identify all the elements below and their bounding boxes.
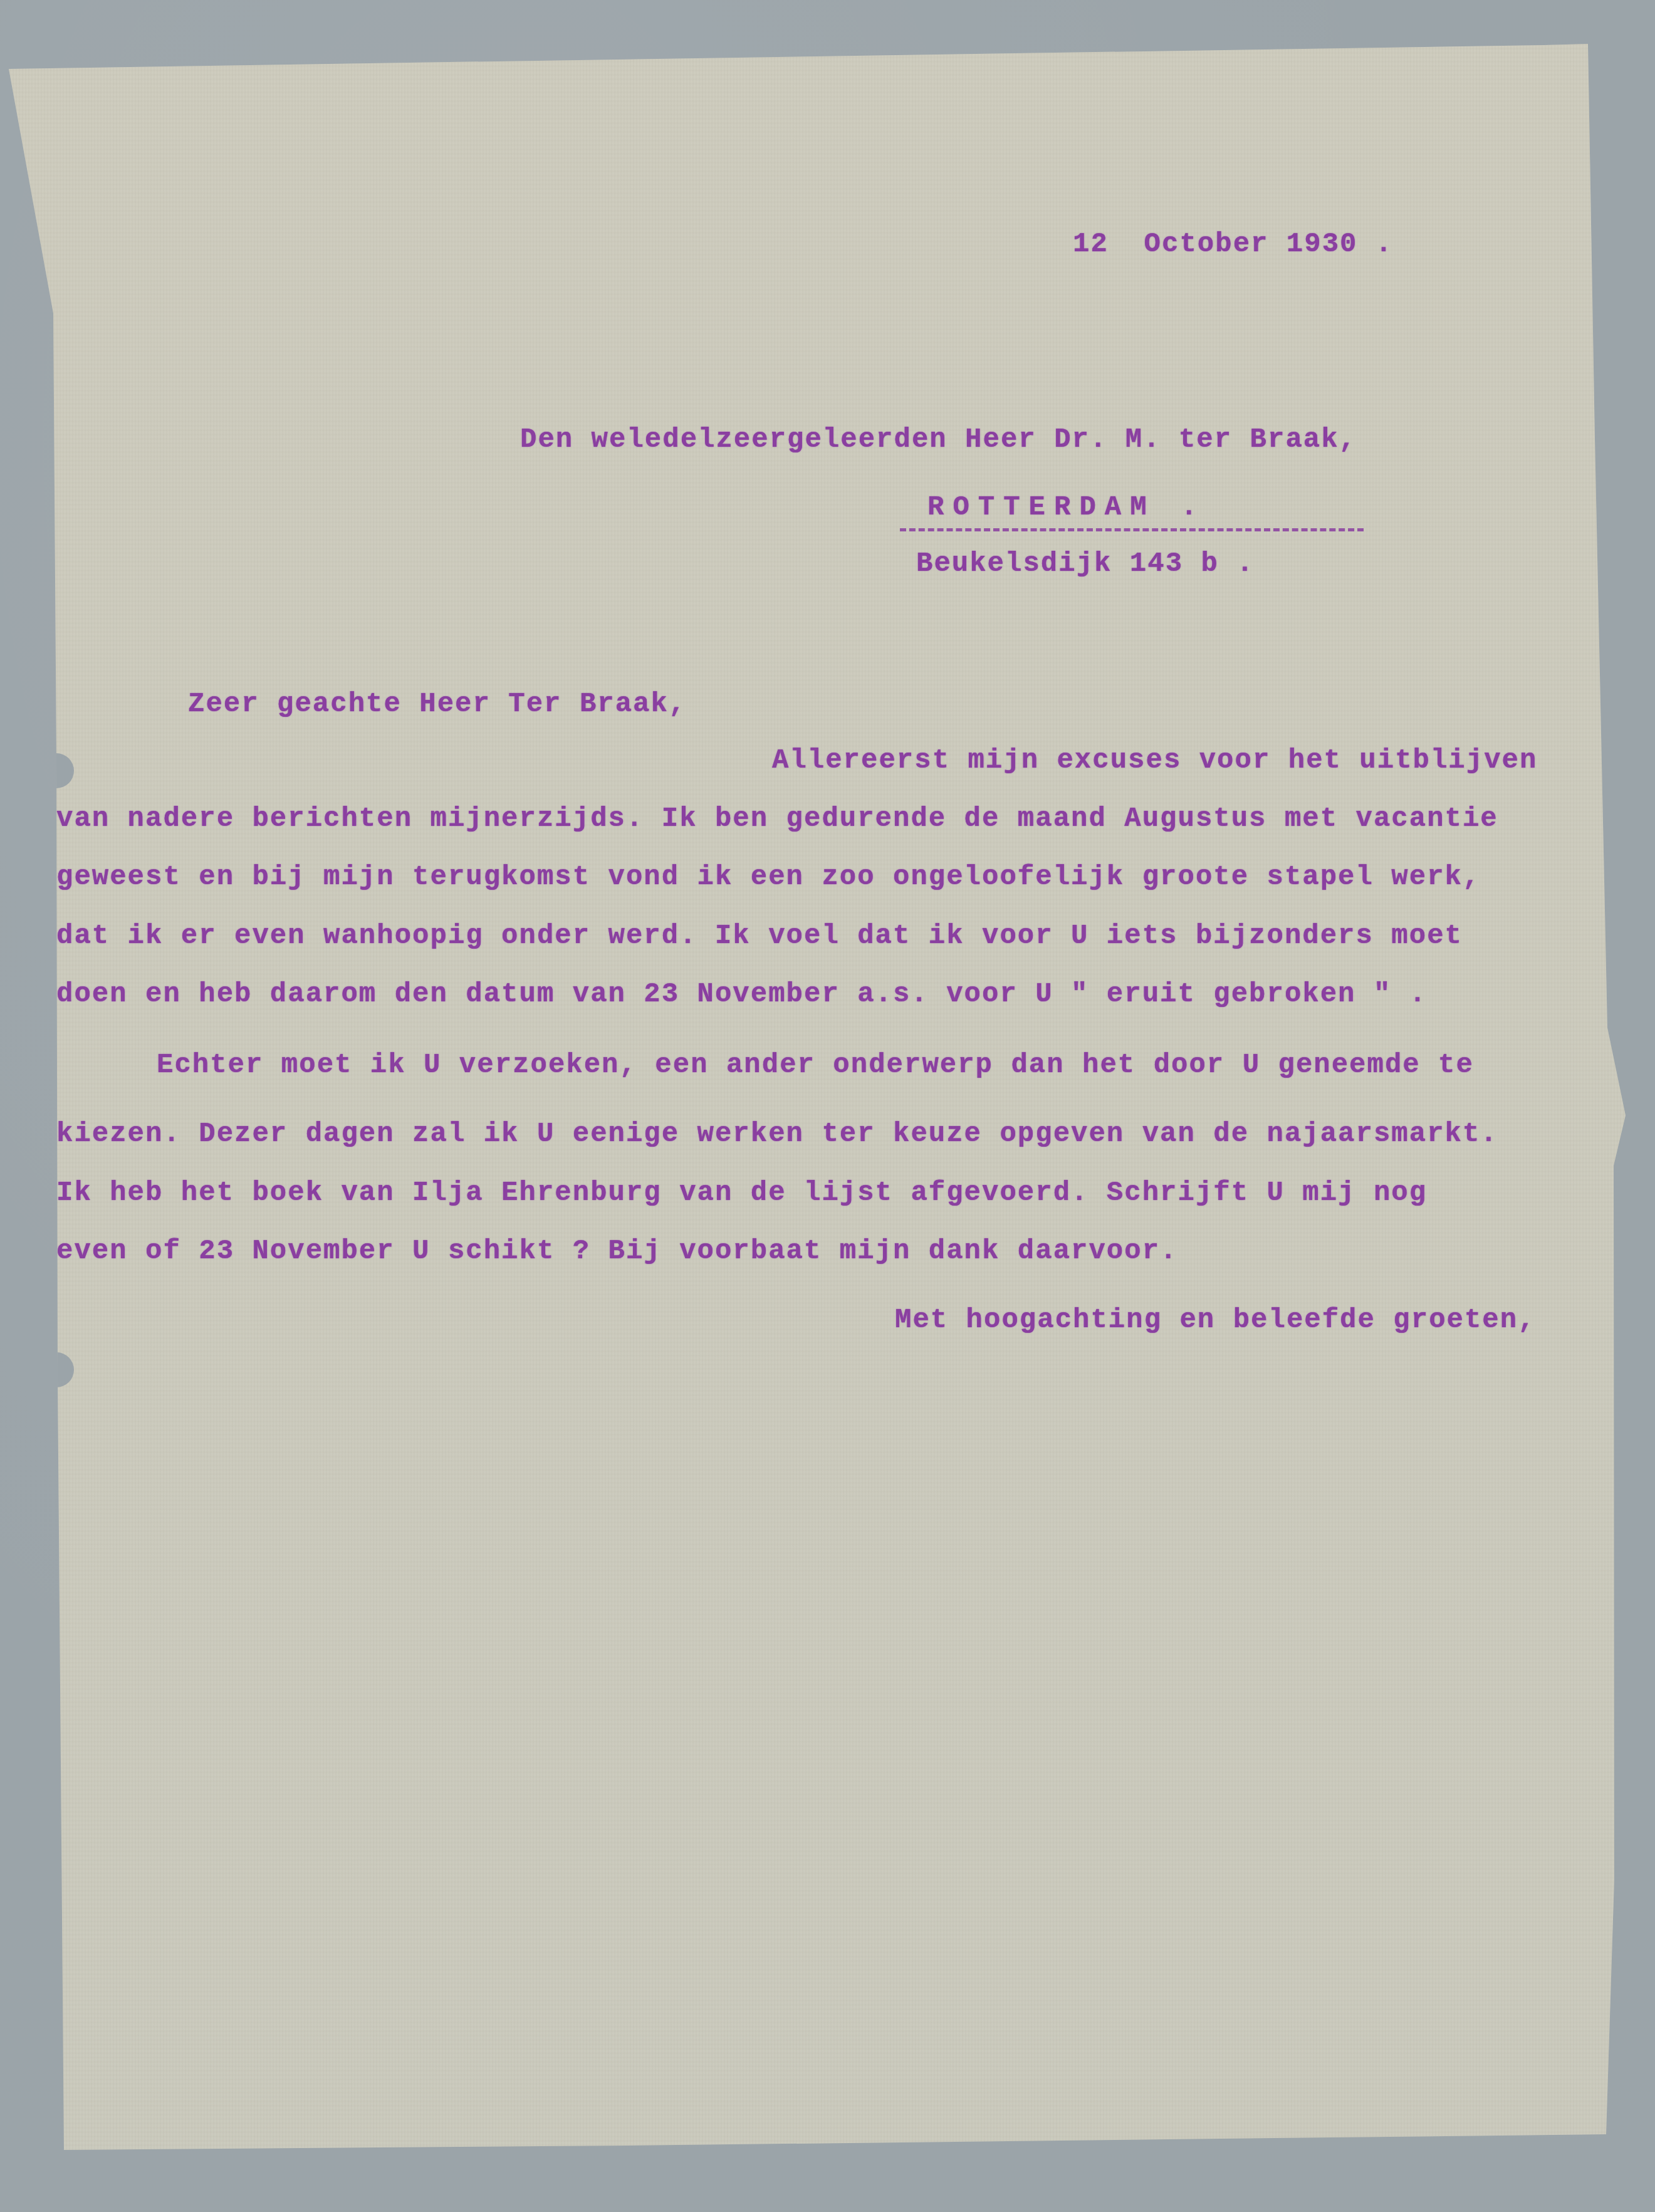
body-line: van nadere berichten mijnerzijds. Ik ben… bbox=[56, 805, 1498, 833]
recipient-name: Den weledelzeergeleerden Heer Dr. M. ter… bbox=[520, 426, 1357, 454]
salutation: Zeer geachte Heer Ter Braak, bbox=[188, 691, 686, 718]
body-line: doen en heb daarom den datum van 23 Nove… bbox=[56, 981, 1427, 1008]
body-line: geweest en bij mijn terugkomst vond ik e… bbox=[56, 863, 1480, 891]
recipient-city: ROTTERDAM . bbox=[927, 494, 1206, 521]
body-line: Allereerst mijn excuses voor het uitblij… bbox=[772, 747, 1537, 775]
closing-phrase: Met hoogachting en beleefde groeten, bbox=[895, 1307, 1536, 1334]
recipient-address: Beukelsdijk 143 b . bbox=[916, 550, 1255, 578]
body-line: even of 23 November U schikt ? Bij voorb… bbox=[56, 1238, 1177, 1265]
body-line: dat ik er even wanhoopig onder werd. Ik … bbox=[56, 922, 1463, 950]
letter-sheet: 12 October 1930 . Den weledelzeergeleerd… bbox=[0, 0, 1655, 2212]
city-underline-divider bbox=[900, 528, 1364, 531]
body-line: kiezen. Dezer dagen zal ik U eenige werk… bbox=[56, 1120, 1498, 1148]
letter-date: 12 October 1930 . bbox=[1073, 231, 1393, 258]
body-line: Ik heb het boek van Ilja Ehrenburg van d… bbox=[56, 1179, 1427, 1207]
body-line: Echter moet ik U verzoeken, een ander on… bbox=[157, 1051, 1474, 1079]
